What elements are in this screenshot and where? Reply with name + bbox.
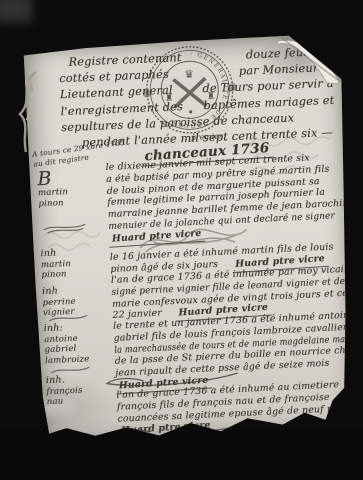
margin-note-line: pinon xyxy=(38,196,102,209)
margin-flourish xyxy=(49,364,91,376)
margin-flourish xyxy=(47,312,89,324)
scan-corner-light xyxy=(0,0,32,22)
margin-note-line: nau xyxy=(46,394,110,407)
margin-note: inh: antoine gabriel lambroize xyxy=(43,321,109,366)
manuscript-page: · GENERALITE · DE · TOVRS · ♛ ♜ ♜ Regist… xyxy=(22,34,356,445)
margin-note: B martin pinon xyxy=(37,168,103,210)
scanned-register-page: · GENERALITE · DE · TOVRS · ♛ ♜ ♜ Regist… xyxy=(0,0,363,480)
ink-scribble xyxy=(134,221,257,256)
bleedthrough-marks xyxy=(41,225,112,254)
bleedthrough-marks xyxy=(248,132,342,180)
margin-note-line: pinon xyxy=(41,268,105,281)
scan-bottom-shadow xyxy=(0,430,363,480)
dog-ear-fold xyxy=(277,30,343,89)
binding-thread xyxy=(12,70,40,156)
